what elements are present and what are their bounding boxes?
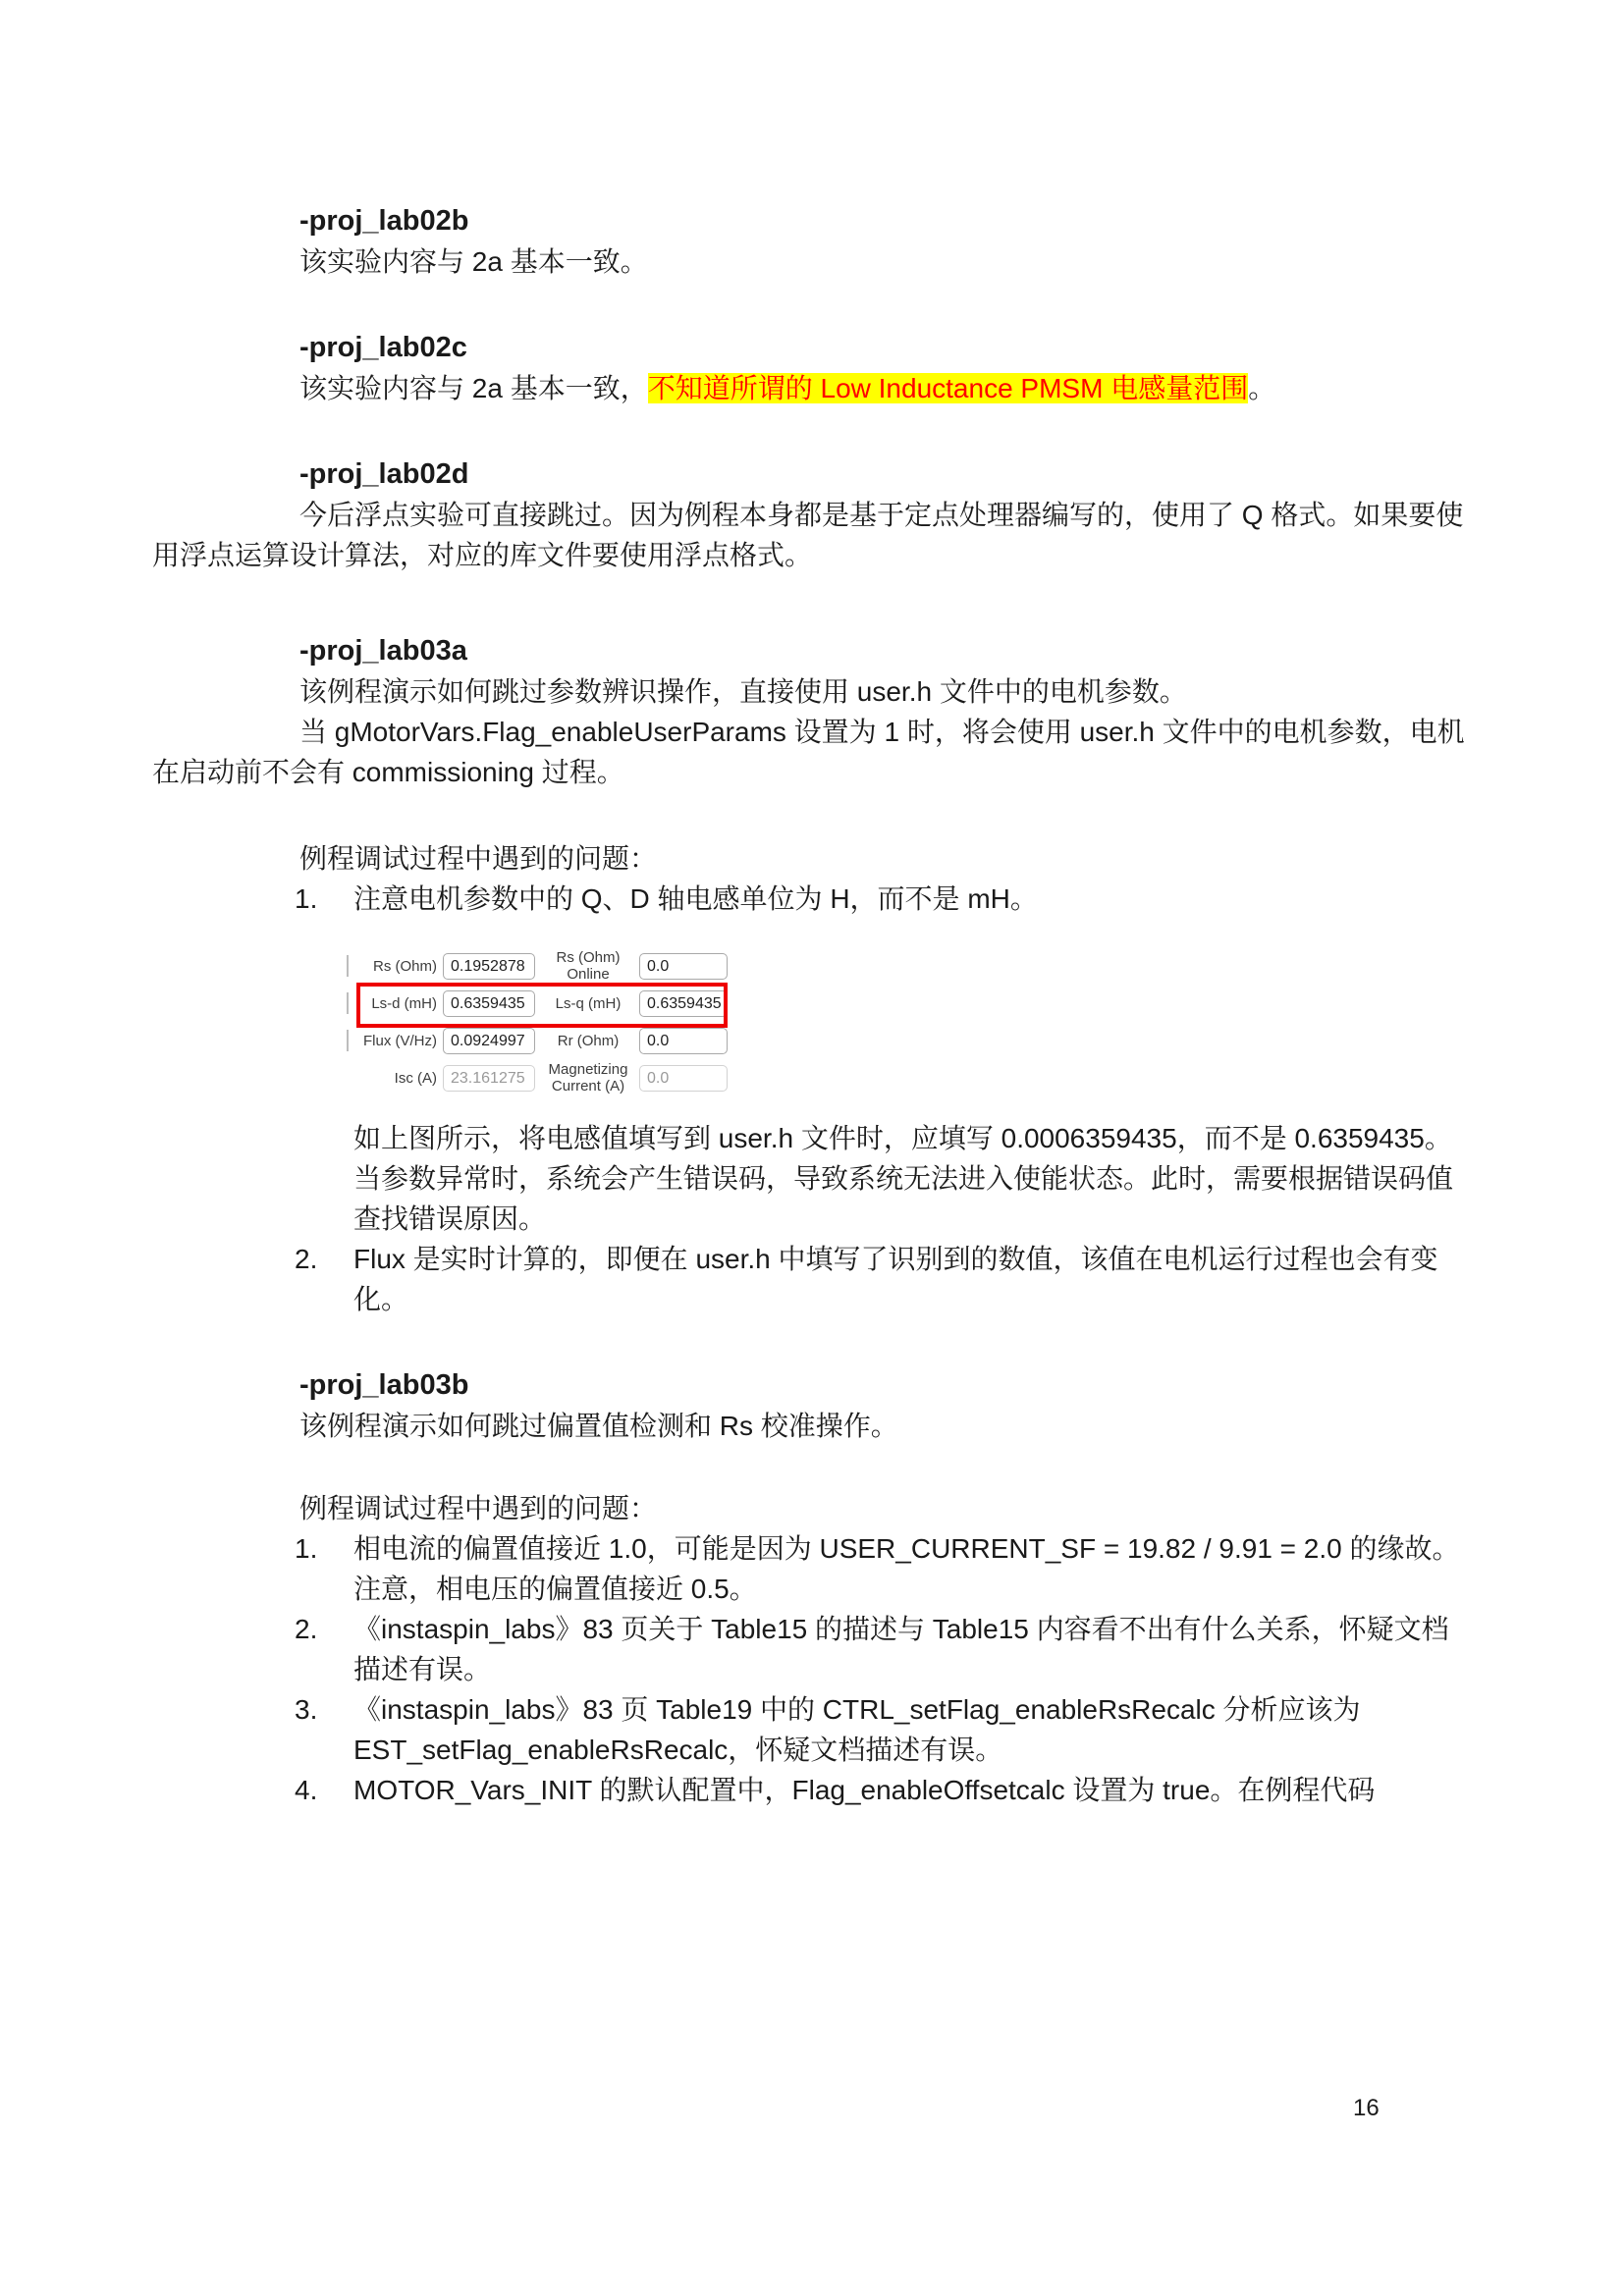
list-item-number: 3. — [295, 1689, 353, 1770]
motor-params-screenshot: Rs (Ohm) 0.1952878 Rs (Ohm) Online 0.0 L… — [339, 943, 733, 1102]
section-heading-lab03b: -proj_lab03b — [299, 1365, 1473, 1406]
magnetizing-current-field: 0.0 — [639, 1065, 728, 1092]
rs-online-label: Rs (Ohm) Online — [541, 949, 635, 983]
list-item-number: 4. — [295, 1770, 353, 1810]
issues-intro-lab03a: 例程调试过程中遇到的问题： — [152, 838, 1473, 879]
isc-label: Isc (A) — [352, 1070, 437, 1087]
isc-field: 23.161275 — [443, 1065, 535, 1092]
list-item: 3. 《instaspin_labs》83 页 Table19 中的 CTRL_… — [152, 1689, 1473, 1770]
list-item-text: 注意电机参数中的 Q、D 轴电感单位为 H，而不是 mH。 — [353, 879, 1473, 919]
list-item-text: 注意，相电压的偏置值接近 0.5。 — [353, 1569, 1473, 1609]
rs-label: Rs (Ohm) — [352, 958, 437, 975]
section-heading-lab02d: -proj_lab02d — [299, 454, 1473, 495]
list-item-number: 2. — [295, 1239, 353, 1319]
flux-field: 0.0924997 — [443, 1028, 535, 1054]
list-item-number: 2. — [295, 1609, 353, 1689]
ls-d-label: Ls-d (mH) — [352, 995, 437, 1012]
paragraph-lab02c-prefix: 该实验内容与 2a 基本一致， — [299, 373, 648, 403]
param-row-ls: Ls-d (mH) 0.6359435 Ls-q (mH) 0.6359435 — [339, 985, 733, 1022]
paragraph-lab03a-1: 该例程演示如何跳过参数辨识操作，直接使用 user.h 文件中的电机参数。 — [152, 671, 1473, 712]
list-item-text: 相电流的偏置值接近 1.0，可能是因为 USER_CURRENT_SF = 19… — [353, 1528, 1473, 1569]
section-heading-lab02b: -proj_lab02b — [299, 201, 1473, 241]
ls-q-field: 0.6359435 — [639, 990, 728, 1017]
list-item-text: MOTOR_Vars_INIT 的默认配置中，Flag_enableOffset… — [353, 1770, 1473, 1810]
param-row-rs: Rs (Ohm) 0.1952878 Rs (Ohm) Online 0.0 — [339, 947, 733, 985]
list-item-text: Flux 是实时计算的，即便在 user.h 中填写了识别到的数值，该值在电机运… — [353, 1239, 1473, 1319]
rs-online-field: 0.0 — [639, 953, 728, 980]
list-item-text: 《instaspin_labs》83 页关于 Table15 的描述与 Tabl… — [353, 1609, 1473, 1689]
issues-intro-lab03b: 例程调试过程中遇到的问题： — [152, 1488, 1473, 1528]
paragraph-lab02c-suffix: 。 — [1248, 373, 1275, 403]
list-item-text: 《instaspin_labs》83 页 Table19 中的 CTRL_set… — [353, 1689, 1473, 1770]
section-heading-lab02c: -proj_lab02c — [299, 328, 1473, 368]
paragraph-lab03a-2: 当 gMotorVars.Flag_enableUserParams 设置为 1… — [152, 712, 1473, 792]
paragraph-lab03b-1: 该例程演示如何跳过偏置值检测和 Rs 校准操作。 — [152, 1406, 1473, 1446]
paragraph-lab02d: 今后浮点实验可直接跳过。因为例程本身都是基于定点处理器编写的，使用了 Q 格式。… — [152, 495, 1473, 575]
rr-label: Rr (Ohm) — [541, 1033, 635, 1049]
cropped-field-edge — [347, 1030, 349, 1051]
document-page: -proj_lab02b 该实验内容与 2a 基本一致。 -proj_lab02… — [0, 0, 1624, 2296]
magnetizing-current-label: Magnetizing Current (A) — [541, 1061, 635, 1095]
rr-field: 0.0 — [639, 1028, 728, 1054]
cropped-field-edge — [347, 992, 349, 1014]
section-heading-lab03a: -proj_lab03a — [299, 631, 1473, 671]
list-item: 2. Flux 是实时计算的，即便在 user.h 中填写了识别到的数值，该值在… — [152, 1239, 1473, 1319]
param-row-isc: Isc (A) 23.161275 Magnetizing Current (A… — [339, 1059, 733, 1096]
highlighted-text: 不知道所谓的 Low Inductance PMSM 电感量范围 — [648, 373, 1248, 403]
ls-q-label: Ls-q (mH) — [541, 995, 635, 1012]
list-item-note: 如上图所示，将电感值填写到 user.h 文件时，应填写 0.000635943… — [353, 1118, 1473, 1239]
cropped-field-edge — [347, 955, 349, 977]
list-item: 4. MOTOR_Vars_INIT 的默认配置中，Flag_enableOff… — [152, 1770, 1473, 1810]
page-number: 16 — [1353, 2095, 1380, 2122]
list-item: 1. 相电流的偏置值接近 1.0，可能是因为 USER_CURRENT_SF =… — [152, 1528, 1473, 1609]
ls-d-field: 0.6359435 — [443, 990, 535, 1017]
list-item: 1. 注意电机参数中的 Q、D 轴电感单位为 H，而不是 mH。 Rs (Ohm… — [152, 879, 1473, 1239]
flux-label: Flux (V/Hz) — [352, 1033, 437, 1049]
paragraph-lab02c: 该实验内容与 2a 基本一致，不知道所谓的 Low Inductance PMS… — [152, 368, 1473, 408]
list-item-number: 1. — [295, 1528, 353, 1609]
list-item: 2. 《instaspin_labs》83 页关于 Table15 的描述与 T… — [152, 1609, 1473, 1689]
param-row-flux: Flux (V/Hz) 0.0924997 Rr (Ohm) 0.0 — [339, 1022, 733, 1059]
rs-field: 0.1952878 — [443, 953, 535, 980]
paragraph-lab02b: 该实验内容与 2a 基本一致。 — [152, 241, 1473, 282]
